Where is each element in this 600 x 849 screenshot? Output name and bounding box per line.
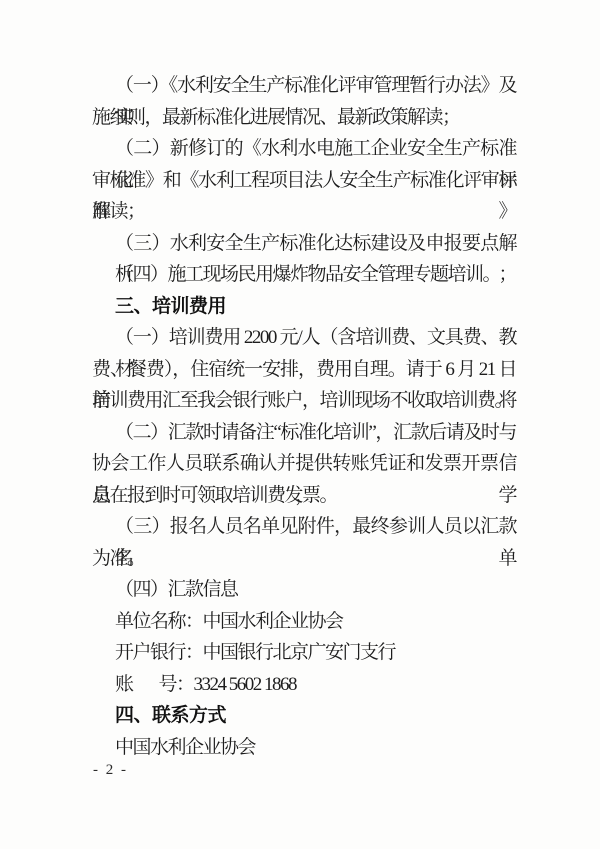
fee-item-2-line2: 协会工作人员联系确认并提供转账凭证和发票开票信息，学 [92, 448, 516, 480]
fee-item-1-line3: 培训费用汇至我会银行账户，培训现场不收取培训费。 [92, 385, 516, 417]
remittance-account-number: 账 号：3324 5602 1868 [92, 669, 516, 701]
topic-item-1-line2: 施细则，最新标准化进展情况、最新政策解读； [92, 102, 516, 134]
fee-item-1-line1: （一）培训费用 2200 元/人（含培训费、文具费、教材 [92, 322, 516, 354]
document-body: （一）《水利安全生产标准化评审管理暂行办法》及实 施细则，最新标准化进展情况、最… [92, 70, 516, 763]
topic-item-2-line1: （二）新修订的《水利水电施工企业安全生产标准化评 [92, 133, 516, 165]
remittance-info-label: （四）汇款信息 [92, 574, 516, 606]
contact-org-name: 中国水利企业协会 [92, 732, 516, 764]
topic-item-1-line1: （一）《水利安全生产标准化评审管理暂行办法》及实 [92, 70, 516, 102]
topic-item-2-line2: 审标准》和《水利工程项目法人安全生产标准化评审标准》 [92, 165, 516, 197]
heading-contact-info: 四、联系方式 [92, 700, 516, 732]
remittance-bank: 开户银行：中国银行北京广安门支行 [92, 637, 516, 669]
remittance-unit-name: 单位名称：中国水利企业协会 [92, 606, 516, 638]
heading-training-fees: 三、培训费用 [92, 291, 516, 323]
topic-item-4: （四）施工现场民用爆炸物品安全管理专题培训。 [92, 259, 516, 291]
fee-item-3-line1: （三）报名人员名单见附件，最终参训人员以汇款名单 [92, 511, 516, 543]
scanned-document-page: （一）《水利安全生产标准化评审管理暂行办法》及实 施细则，最新标准化进展情况、最… [0, 0, 600, 849]
fee-item-1-line2: 费、餐费），住宿统一安排，费用自理。请于 6 月 21 日前将 [92, 354, 516, 386]
topic-item-3: （三）水利安全生产标准化达标建设及申报要点解析； [92, 228, 516, 260]
fee-item-2-line1: （二）汇款时请备注“标准化培训”，汇款后请及时与 [92, 417, 516, 449]
page-number: - 2 - [93, 758, 128, 782]
